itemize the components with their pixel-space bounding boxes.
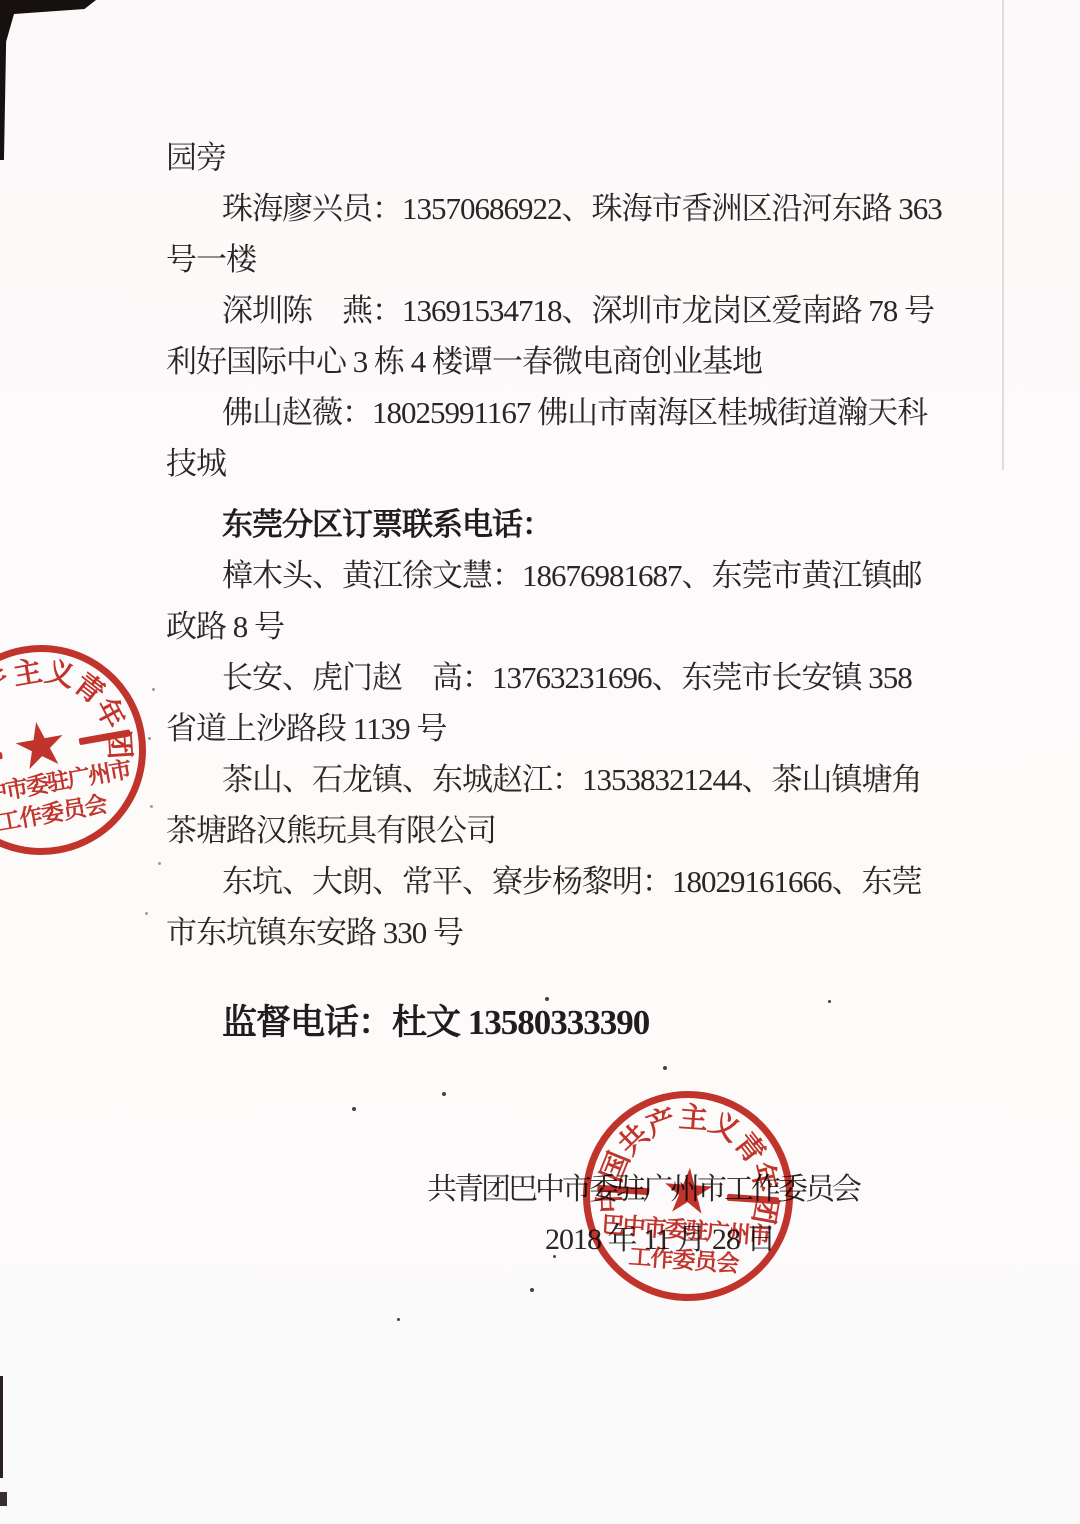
document-line: 茶塘路汉熊玩具有限公司 <box>166 805 1026 856</box>
official-seal-left-edge: 中国共产主义青年团★巴中市委驻广州市工作委员会 <box>0 628 163 871</box>
document-line: 珠海廖兴员：13570686922、珠海市香洲区沿河东路 363 <box>166 183 1026 234</box>
document-line: 园旁 <box>166 132 1026 183</box>
seal-arc-char: 主 <box>678 1104 709 1135</box>
scan-speck <box>397 1318 400 1321</box>
document-line: 利好国际中心 3 栋 4 楼谭一春微电商创业基地 <box>166 336 1026 387</box>
scan-edge-artifact <box>0 1376 3 1478</box>
scan-speck <box>158 862 161 865</box>
document-line: 技城 <box>166 438 1026 489</box>
document-line: 号一楼 <box>166 234 1026 285</box>
official-seal-signature: 中国共产主义青年团★巴中市委驻广州市工作委员会 <box>576 1084 800 1308</box>
document-heading-line: 东莞分区订票联系电话： <box>166 499 1026 550</box>
scan-speck <box>148 737 151 740</box>
scan-edge-artifact <box>0 0 18 160</box>
document-line: 深圳陈 燕：13691534718、深圳市龙岗区爱南路 78 号 <box>166 285 1026 336</box>
seal-arc-char: 主 <box>11 657 45 691</box>
document-line: 佛山赵薇：18025991167 佛山市南海区桂城街道瀚天科 <box>166 387 1026 438</box>
document-line: 省道上沙路段 1139 号 <box>166 703 1026 754</box>
scan-speck <box>352 1107 356 1111</box>
document-line: 樟木头、黄江徐文慧：18676981687、东莞市黄江镇邮 <box>166 550 1026 601</box>
scan-speck <box>145 912 148 915</box>
scan-speck <box>152 688 155 691</box>
scanned-document-page: 园旁珠海廖兴员：13570686922、珠海市香洲区沿河东路 363号一楼深圳陈… <box>0 0 1080 1524</box>
scan-edge-artifact <box>0 1492 7 1506</box>
red-star-icon: ★ <box>658 1160 718 1226</box>
document-body: 园旁珠海廖兴员：13570686922、珠海市香洲区沿河东路 363号一楼深圳陈… <box>166 132 1026 1048</box>
scan-speck <box>663 1066 667 1070</box>
document-line: 政路 8 号 <box>166 601 1026 652</box>
document-heading-line: 监督电话：杜文 13580333390 <box>166 997 1026 1048</box>
document-line: 东坑、大朗、常平、寮步杨黎明：18029161666、东莞 <box>166 856 1026 907</box>
scan-speck <box>530 1288 534 1292</box>
document-line: 茶山、石龙镇、东城赵江：13538321244、茶山镇塘角 <box>166 754 1026 805</box>
scan-speck <box>442 1092 446 1096</box>
document-line: 长安、虎门赵 高：13763231696、东莞市长安镇 358 <box>166 652 1026 703</box>
document-line: 市东坑镇东安路 330 号 <box>166 907 1026 958</box>
